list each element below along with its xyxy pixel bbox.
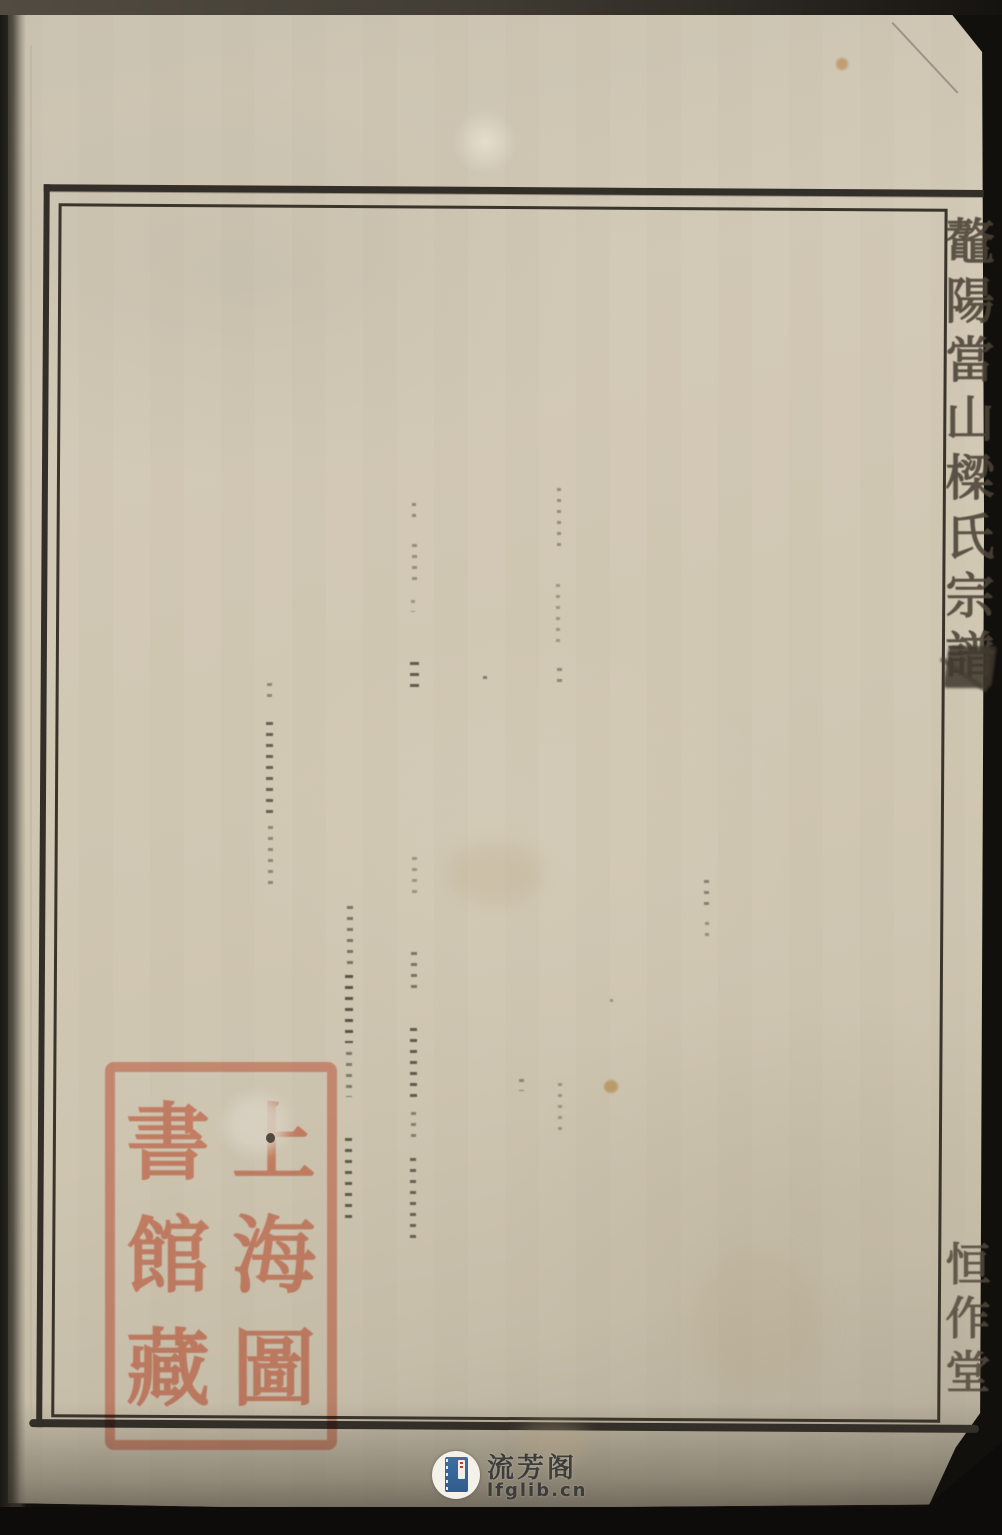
book-title-label	[458, 1460, 465, 1479]
spine-title-char: 樑	[942, 449, 998, 508]
seal-char: 書	[126, 1087, 210, 1199]
seal-left-column: 書 館 藏	[126, 1087, 210, 1426]
ink-smudge	[410, 1158, 416, 1243]
seal-char: 藏	[126, 1313, 210, 1425]
ink-smudge	[411, 952, 417, 988]
spine-title-char: 山	[942, 390, 998, 449]
book-icon	[445, 1457, 468, 1492]
watermark-badge-circle	[432, 1451, 480, 1499]
ink-smudge	[410, 1028, 417, 1098]
ink-smudge	[410, 662, 419, 690]
ink-smudge	[411, 1112, 416, 1142]
site-watermark: 流芳阁 lfglib.cn	[432, 1446, 592, 1508]
seal-worn-patch	[225, 1095, 287, 1153]
scan-backdrop-bottom	[0, 1507, 1002, 1535]
hall-name-char: 堂	[941, 1346, 995, 1400]
paper-blemish	[452, 110, 518, 174]
ink-smudge	[705, 922, 709, 936]
ink-speck	[483, 676, 487, 682]
ink-smudge	[346, 1052, 352, 1097]
scanned-book-page: 鼇 陽 當 山 樑 氏 宗 譜 恒 作 堂 上 海 圖 書 館 藏	[0, 0, 1002, 1535]
spine-title-char: 陽	[942, 272, 998, 331]
frame-outer-left-line	[36, 184, 50, 1427]
ink-smudge	[345, 1138, 352, 1218]
ink-smudge	[412, 857, 417, 893]
foxing-stain	[836, 58, 848, 70]
ink-smudge	[556, 584, 560, 644]
foxing-stain	[604, 1080, 618, 1093]
spine-title-char: 氏	[942, 508, 998, 567]
frame-outer-top-line	[44, 184, 984, 197]
water-stain	[448, 843, 544, 905]
ink-smudge	[557, 488, 561, 548]
seal-char: 館	[126, 1200, 210, 1312]
spine-title-char: 鼇	[942, 213, 998, 272]
ink-smudge	[558, 1083, 562, 1133]
spine-title-char: 當	[942, 331, 998, 390]
hall-name-char: 恒	[941, 1238, 995, 1292]
ink-smudge	[519, 1079, 524, 1091]
ink-smudge	[557, 668, 562, 682]
seal-char: 海	[232, 1200, 316, 1312]
hall-name-char: 作	[941, 1292, 995, 1346]
spine-title-char: 宗	[942, 567, 998, 626]
ink-speck	[610, 999, 613, 1004]
hall-name-column: 恒 作 堂	[941, 1238, 995, 1400]
spine-title-column: 鼇 陽 當 山 樑 氏 宗 譜	[942, 213, 998, 685]
ink-smudge	[412, 503, 416, 517]
water-stain	[690, 1250, 820, 1390]
ink-smudge	[345, 975, 353, 1043]
ink-smudge	[268, 826, 273, 886]
ink-smudge	[412, 544, 417, 586]
ink-smudge	[267, 683, 272, 705]
watermark-site-url: lfglib.cn	[487, 1480, 587, 1501]
ink-smudge	[411, 600, 415, 612]
ink-smudge	[704, 880, 709, 912]
ink-smudge	[266, 722, 273, 817]
ink-speck	[266, 1133, 275, 1143]
binding-edge-top	[0, 0, 1002, 15]
seal-char: 圖	[232, 1313, 316, 1425]
ink-smudge	[347, 906, 353, 972]
library-collection-seal: 上 海 圖 書 館 藏	[105, 1062, 337, 1450]
